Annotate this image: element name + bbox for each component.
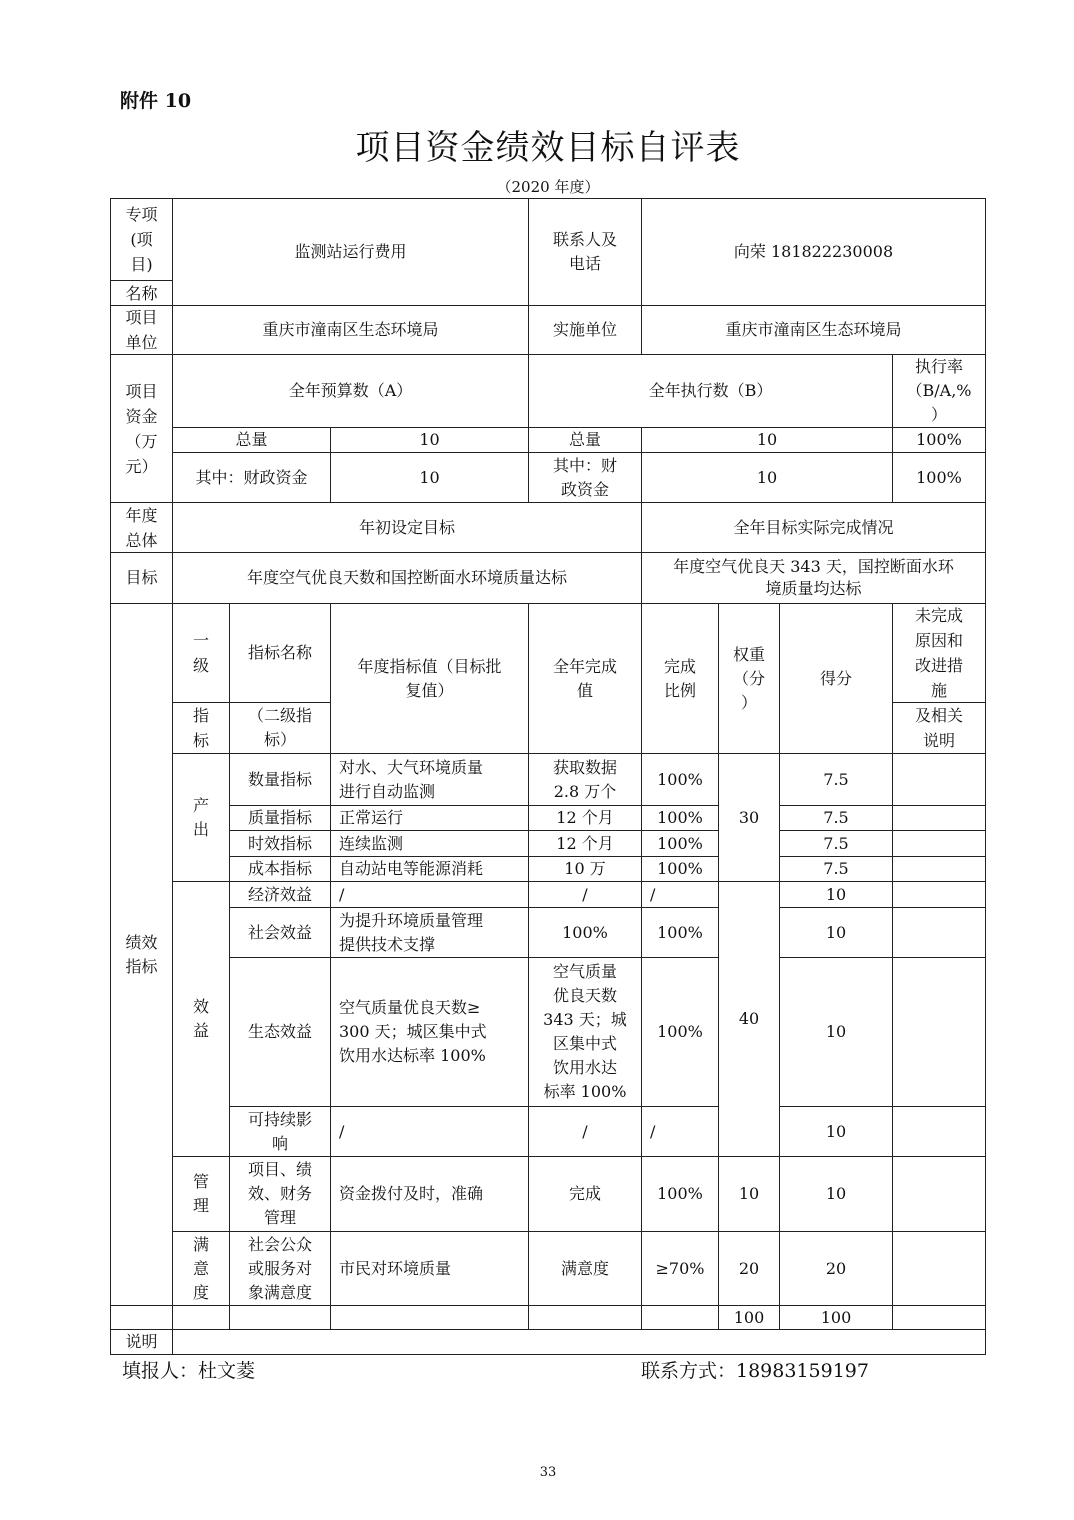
indicator-name: 时效指标: [229, 830, 331, 857]
indicator-target: 自动站电等能源消耗: [330, 856, 529, 882]
indicator-target: 市民对环境质量: [330, 1231, 529, 1306]
indicator-name-header-b: （二级指 标）: [229, 702, 331, 754]
filler-label: 填报人：杜文菱: [122, 1356, 255, 1383]
ratio-header: 完成 比例: [641, 603, 719, 754]
weight-output: 30: [718, 753, 780, 882]
indicator-reason: [892, 830, 986, 857]
project-unit: 重庆市潼南区生态环境局: [172, 305, 529, 355]
level1-header: 一 级: [172, 603, 230, 703]
indicator-score: 7.5: [779, 830, 893, 857]
indicator-target: /: [330, 1106, 529, 1157]
indicator-actual: 12 个月: [528, 830, 642, 857]
indicator-target: 为提升环境质量管理 提供技术支撑: [330, 907, 529, 958]
planned-header: 年初设定目标: [172, 502, 642, 553]
budget-header: 全年预算数（A）: [172, 354, 529, 428]
indicator-actual: 12 个月: [528, 805, 642, 831]
contact-label: 联系人及 电话: [528, 198, 642, 306]
fiscal-budget: 10: [330, 452, 529, 503]
indicator-score: 20: [779, 1231, 893, 1306]
project-name-label-2: 名称: [110, 280, 173, 306]
indicator-ratio: 100%: [641, 753, 719, 806]
indicator-ratio: 100%: [641, 1156, 719, 1232]
funds-label: 项目 资金 （万 元）: [110, 354, 173, 503]
overall-label: 年度 总体: [110, 502, 173, 553]
indicator-target: 资金拨付及时，准确: [330, 1156, 529, 1232]
indicator-target: 对水、大气环境质量 进行自动监测: [330, 753, 529, 806]
year-label: （2020 年度）: [0, 176, 1074, 197]
indicator-actual: /: [528, 881, 642, 908]
indicator-score: 10: [779, 1156, 893, 1232]
indicator-reason: [892, 753, 986, 806]
fiscal-label-b: 其中：财 政资金: [528, 452, 642, 503]
indicator-ratio: /: [641, 881, 719, 908]
indicator-score: 7.5: [779, 805, 893, 831]
total-empty: [528, 1305, 642, 1330]
weight-satisfaction: 20: [718, 1231, 780, 1306]
page-number: 33: [0, 1465, 1074, 1480]
indicator-score: 7.5: [779, 753, 893, 806]
rate-header: 执行率 （B/A,% ）: [892, 354, 986, 428]
indicator-name: 生态效益: [229, 957, 331, 1107]
total-label: 总量: [172, 427, 331, 453]
reason-header-b: 及相关 说明: [892, 702, 986, 754]
indicator-reason: [892, 1106, 986, 1157]
total-empty: [172, 1305, 230, 1330]
weight-benefit: 40: [718, 881, 780, 1157]
indicator-reason: [892, 907, 986, 958]
group-benefit: 效 益: [172, 881, 230, 1157]
contact-value: 向荣 181822230008: [641, 198, 986, 306]
contact-info: 联系方式：18983159197: [641, 1356, 869, 1383]
total-weight: 100: [718, 1305, 780, 1330]
page-title: 项目资金绩效目标自评表: [0, 120, 1074, 169]
total-exec: 10: [641, 427, 893, 453]
indicator-reason: [892, 1156, 986, 1232]
indicator-actual: 完成: [528, 1156, 642, 1232]
actual-header: 全年目标实际完成情况: [641, 502, 986, 553]
indicator-actual: 满意度: [528, 1231, 642, 1306]
project-name: 监测站运行费用: [172, 198, 529, 306]
fiscal-label: 其中：财政资金: [172, 452, 331, 503]
indicator-ratio: 100%: [641, 907, 719, 958]
reason-header: 未完成 原因和 改进措 施: [892, 603, 986, 703]
indicator-score: 7.5: [779, 856, 893, 882]
total-label-b: 总量: [528, 427, 642, 453]
indicator-name: 成本指标: [229, 856, 331, 882]
indicator-target: 连续监测: [330, 830, 529, 857]
indicator-actual: 获取数据 2.8 万个: [528, 753, 642, 806]
goal-label: 目标: [110, 552, 173, 604]
weight-management: 10: [718, 1156, 780, 1232]
total-empty: [641, 1305, 719, 1330]
weight-header: 权重 （分 ）: [718, 603, 780, 754]
indicator-actual: 空气质量 优良天数 343 天；城 区集中式 饮用水达 标率 100%: [528, 957, 642, 1107]
indicator-score: 10: [779, 957, 893, 1107]
indicator-score: 10: [779, 907, 893, 958]
indicator-name: 项目、绩 效、财务 管理: [229, 1156, 331, 1232]
indicator-name: 数量指标: [229, 753, 331, 806]
notes-label: 说明: [110, 1329, 173, 1355]
group-satisfaction: 满 意 度: [172, 1231, 230, 1306]
indicator-ratio: 100%: [641, 805, 719, 831]
indicator-target: /: [330, 881, 529, 908]
indicator-reason: [892, 805, 986, 831]
indicator-target: 空气质量优良天数≥ 300 天；城区集中式 饮用水达标率 100%: [330, 957, 529, 1107]
actual-value-header: 全年完成 值: [528, 603, 642, 754]
indicator-name: 可持续影 响: [229, 1106, 331, 1157]
total-empty: [229, 1305, 331, 1330]
group-management: 管 理: [172, 1156, 230, 1232]
unit-label: 项目 单位: [110, 305, 173, 355]
indicator-ratio: ≥70%: [641, 1231, 719, 1306]
indicator-name: 质量指标: [229, 805, 331, 831]
total-empty: [110, 1305, 173, 1330]
total-budget: 10: [330, 427, 529, 453]
indicator-name: 社会效益: [229, 907, 331, 958]
project-name-label: 专项 (项 目): [110, 198, 173, 281]
total-empty: [892, 1305, 986, 1330]
fiscal-exec: 10: [641, 452, 893, 503]
score-header: 得分: [779, 603, 893, 754]
indicator-actual: /: [528, 1106, 642, 1157]
total-score: 100: [779, 1305, 893, 1330]
target-header: 年度指标值（目标批 复值）: [330, 603, 529, 754]
indicator-reason: [892, 881, 986, 908]
total-rate: 100%: [892, 427, 986, 453]
attachment-label: 附件 10: [120, 86, 191, 113]
level1-header-b: 指 标: [172, 702, 230, 754]
indicator-score: 10: [779, 881, 893, 908]
indicator-name: 经济效益: [229, 881, 331, 908]
exec-header: 全年执行数（B）: [528, 354, 893, 428]
indicator-ratio: /: [641, 1106, 719, 1157]
notes-value: [172, 1329, 986, 1355]
indicator-name-header: 指标名称: [229, 603, 331, 703]
indicator-actual: 100%: [528, 907, 642, 958]
indicator-reason: [892, 1231, 986, 1306]
indicator-reason: [892, 957, 986, 1107]
actual-goal: 年度空气优良天 343 天，国控断面水环 境质量均达标: [641, 552, 986, 604]
indicator-actual: 10 万: [528, 856, 642, 882]
total-empty: [330, 1305, 529, 1330]
indicator-ratio: 100%: [641, 957, 719, 1107]
indicator-ratio: 100%: [641, 856, 719, 882]
group-output: 产 出: [172, 753, 230, 882]
indicator-ratio: 100%: [641, 830, 719, 857]
impl-unit: 重庆市潼南区生态环境局: [641, 305, 986, 355]
indicators-label: 绩效 指标: [110, 603, 173, 1306]
indicator-target: 正常运行: [330, 805, 529, 831]
indicator-reason: [892, 856, 986, 882]
planned-goal: 年度空气优良天数和国控断面水环境质量达标: [172, 552, 642, 604]
indicator-score: 10: [779, 1106, 893, 1157]
fiscal-rate: 100%: [892, 452, 986, 503]
impl-unit-label: 实施单位: [528, 305, 642, 355]
indicator-name: 社会公众 或服务对 象满意度: [229, 1231, 331, 1306]
